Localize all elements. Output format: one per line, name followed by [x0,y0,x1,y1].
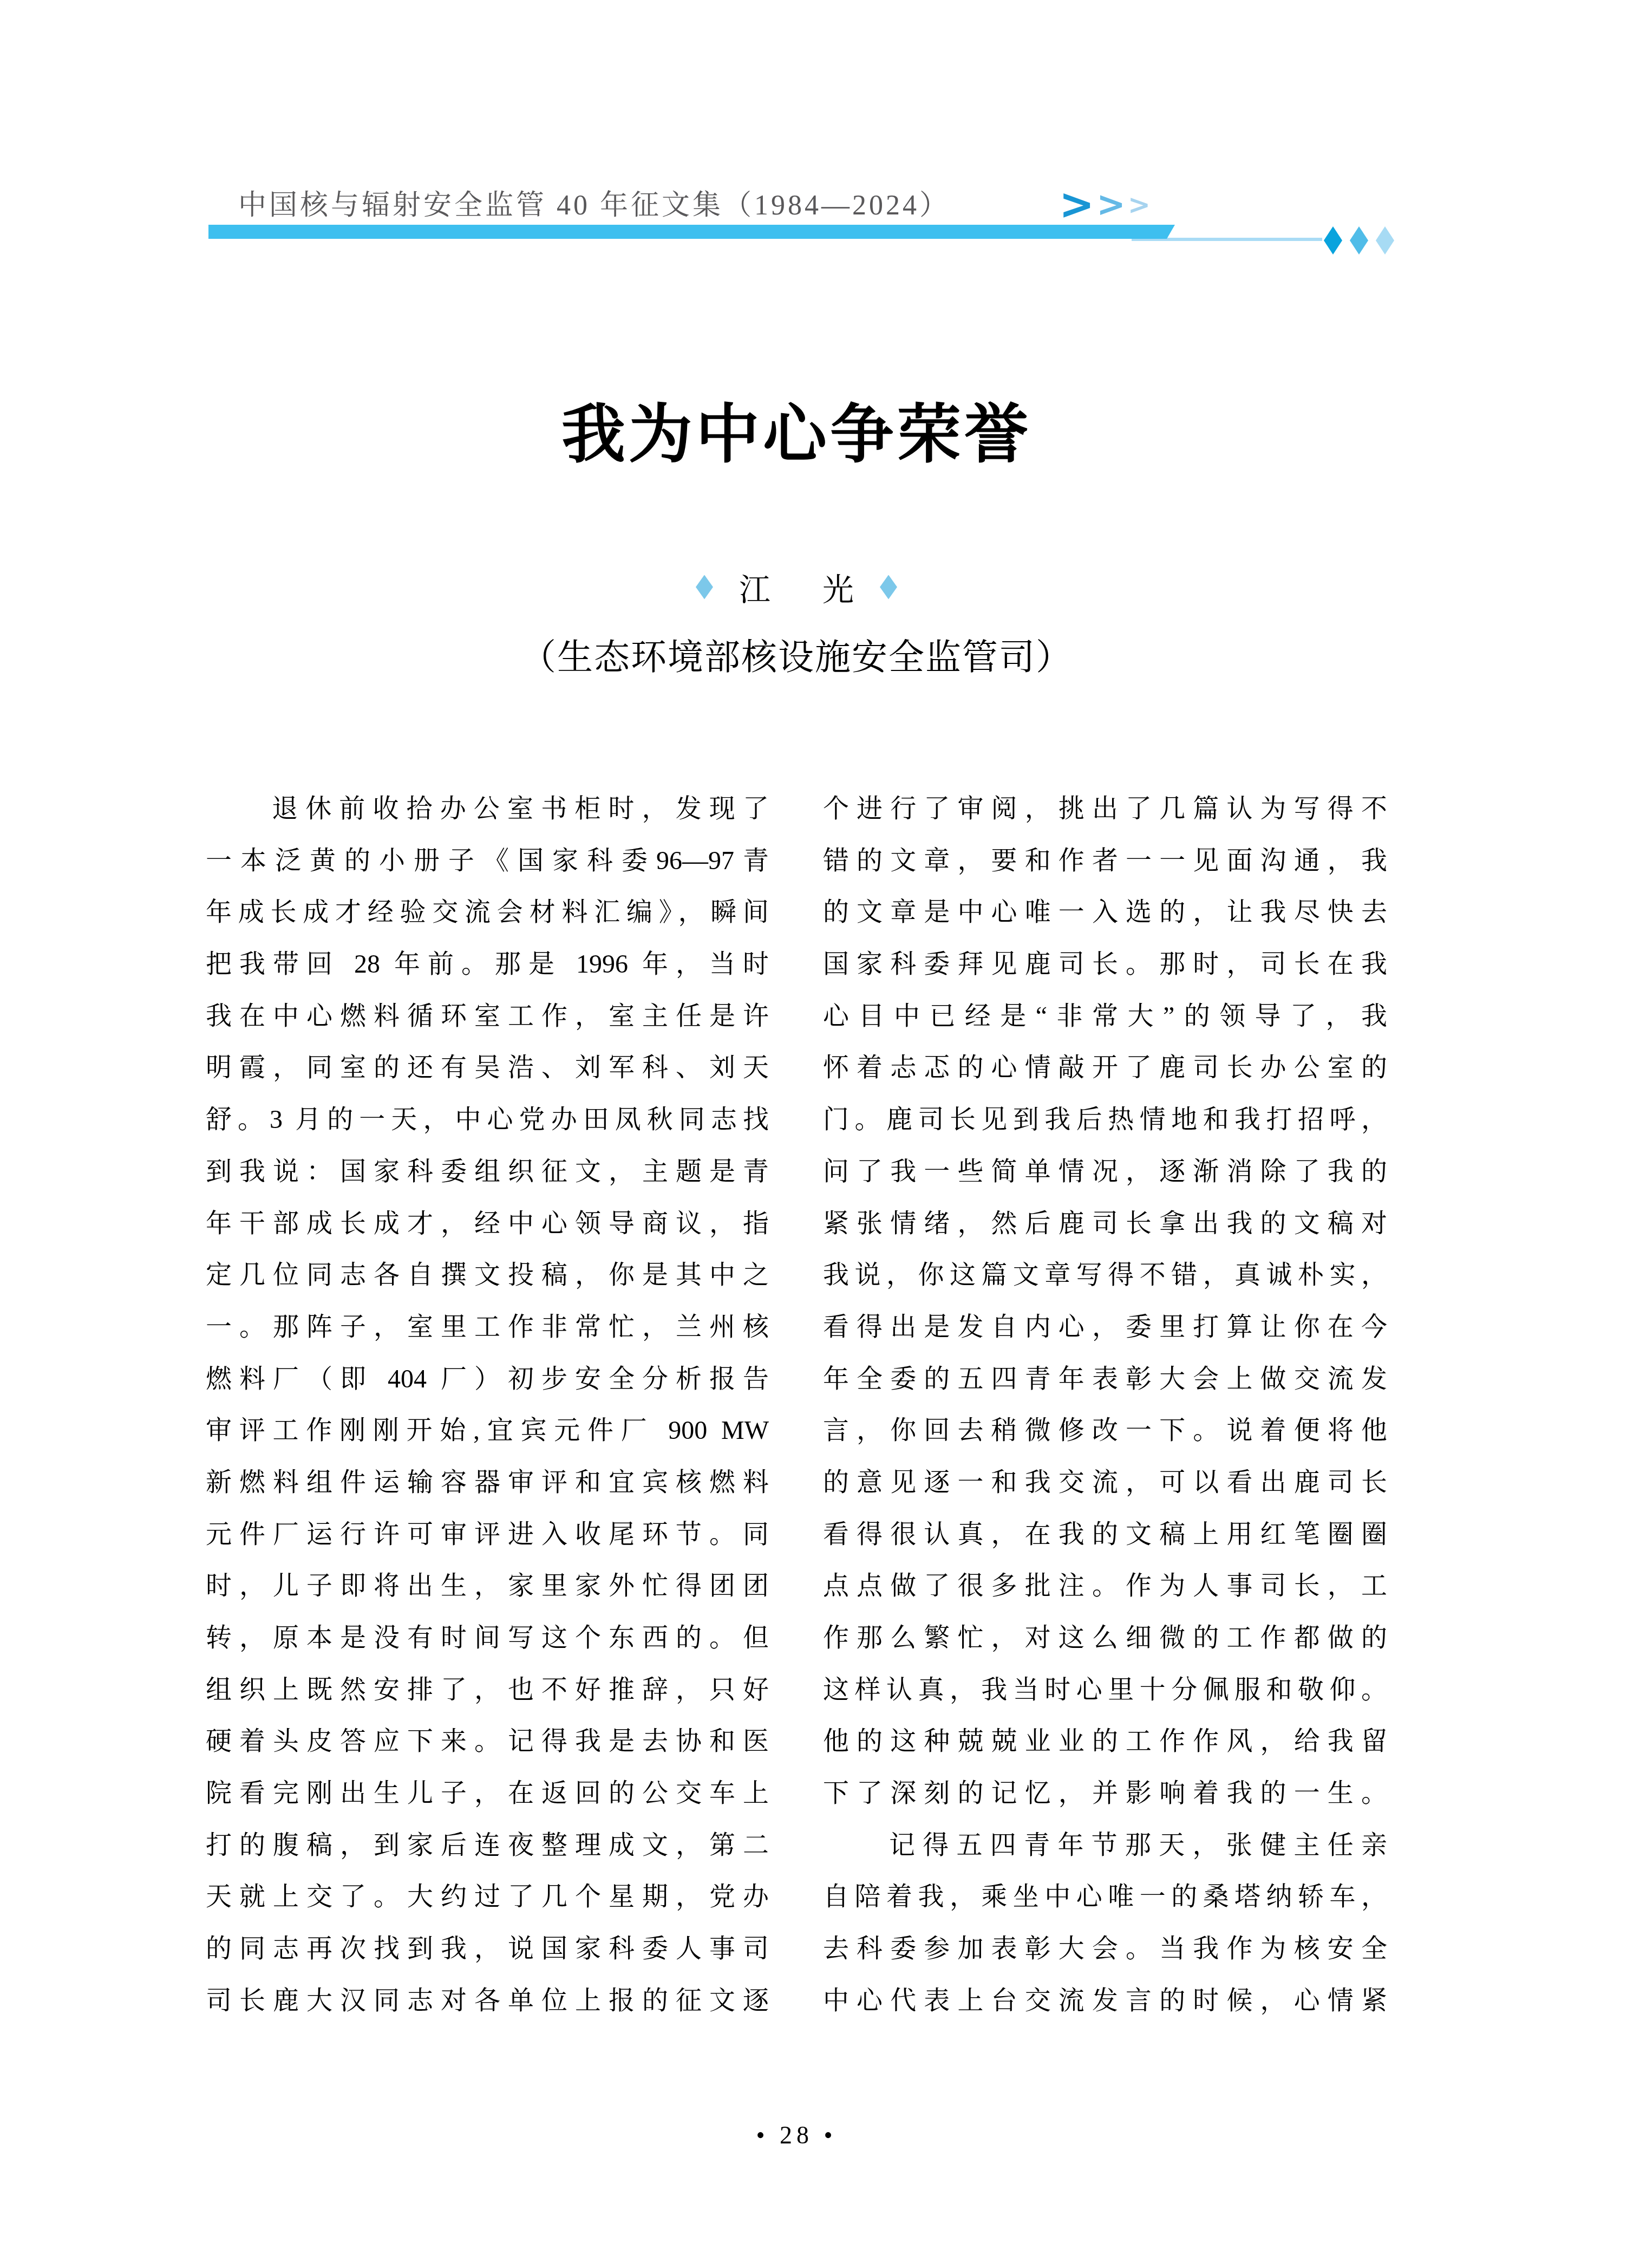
chevron-right-icon: > [1059,184,1094,226]
author-diamond-icon [880,575,897,599]
author-row: 江 光 [206,568,1387,607]
book-page: 中国核与辐射安全监管 40 年征文集（1984—2024） > > > 我为中心… [0,0,1627,2268]
body-text-line: 这样认真，我当时心里十分佩服和敬仰。 [823,1664,1387,1716]
body-text-line: 作那么繁忙，对这么细微的工作都做的 [823,1612,1387,1664]
body-text-line: 看得很认真，在我的文稿上用红笔圈圈 [823,1509,1387,1561]
chevrons-icon: > > > [1059,179,1151,231]
body-text-line: 明霞，同室的还有吴浩、刘军科、刘天 [206,1042,769,1094]
page-number: • 28 • [206,2121,1387,2149]
body-text-line: 错的文章，要和作者一一见面沟通，我 [823,835,1387,887]
body-column-left: 退休前收拾办公室书柜时，发现了一本泛黄的小册子《国家科委96—97青年成长成才经… [206,783,769,2027]
body-column-right: 个进行了审阅，挑出了几篇认为写得不错的文章，要和作者一一见面沟通，我的文章是中心… [823,783,1387,2027]
body-text-line: 中心代表上台交流发言的时候，心情紧 [823,1975,1387,2027]
header-diamonds [1324,226,1394,255]
header-accent-bar [208,225,1175,239]
body-text-line: 记得五四青年节那天，张健主任亲 [823,1820,1387,1872]
body-text-line: 一本泛黄的小册子《国家科委96—97青 [206,835,769,887]
body-text-line: 怀着忐忑的心情敲开了鹿司长办公室的 [823,1042,1387,1094]
body-text-line: 舒。3 月的一天，中心党办田凤秋同志找 [206,1094,769,1146]
body-text-line: 到我说：国家科委组织征文，主题是青 [206,1146,769,1198]
body-text-line: 硬着头皮答应下来。记得我是去协和医 [206,1716,769,1768]
running-head-title: 中国核与辐射安全监管 40 年征文集（1984—2024） [238,182,950,223]
body-text-line: 时，儿子即将出生，家里家外忙得团团 [206,1560,769,1612]
body-text-line: 去科委参加表彰大会。当我作为核安全 [823,1923,1387,1975]
body-text-line: 年全委的五四青年表彰大会上做交流发 [823,1353,1387,1405]
body-text-line: 点点做了很多批注。作为人事司长，工 [823,1560,1387,1612]
author-affiliation: （生态环境部核设施安全监管司） [206,628,1387,680]
body-text-line: 问了我一些简单情况，逐渐消除了我的 [823,1146,1387,1198]
body-text-line: 定几位同志各自撰文投稿，你是其中之 [206,1249,769,1301]
body-text-line: 个进行了审阅，挑出了几篇认为写得不 [823,783,1387,835]
chevron-right-icon: > [1128,191,1151,218]
body-text-line: 把我带回 28 年前。那是 1996 年，当时 [206,939,769,990]
body-text-line: 国家科委拜见鹿司长。那时，司长在我 [823,939,1387,990]
body-text-line: 新燃料组件运输容器审评和宜宾核燃料 [206,1457,769,1509]
body-text-line: 我在中心燃料循环室工作，室主任是许 [206,990,769,1042]
body-text-line: 天就上交了。大约过了几个星期，党办 [206,1871,769,1923]
body-text-line: 门。鹿司长见到我后热情地和我打招呼， [823,1094,1387,1146]
body-text-line: 年干部成长成才，经中心领导商议，指 [206,1198,769,1250]
diamond-icon-dark [1324,226,1342,255]
chevron-right-icon: > [1096,187,1126,222]
diamond-icon-mid [1350,226,1368,255]
body-text-line: 审评工作刚刚开始,宜宾元件厂 900 MW [206,1405,769,1457]
body-text-line: 的意见逐一和我交流，可以看出鹿司长 [823,1457,1387,1509]
body-text-line: 退休前收拾办公室书柜时，发现了 [206,783,769,835]
body-text-line: 紧张情绪，然后鹿司长拿出我的文稿对 [823,1198,1387,1250]
body-text-line: 一。那阵子，室里工作非常忙，兰州核 [206,1301,769,1353]
article-title: 我为中心争荣誉 [206,400,1387,471]
body-text-line: 元件厂运行许可审评进入收尾环节。同 [206,1509,769,1561]
body-text-line: 燃料厂（即 404 厂）初步安全分析报告 [206,1353,769,1405]
body-text-line: 言，你回去稍微修改一下。说着便将他 [823,1405,1387,1457]
body-text-line: 他的这种兢兢业业的工作作风，给我留 [823,1716,1387,1768]
body-text-line: 打的腹稿，到家后连夜整理成文，第二 [206,1820,769,1872]
body-text-line: 司长鹿大汉同志对各单位上报的征文逐 [206,1975,769,2027]
author-diamond-icon [696,575,713,599]
body-text-line: 组织上既然安排了，也不好推辞，只好 [206,1664,769,1716]
body-text-line: 我说，你这篇文章写得不错，真诚朴实， [823,1249,1387,1301]
body-text-line: 下了深刻的记忆，并影响着我的一生。 [823,1768,1387,1820]
author-name: 江 光 [739,564,864,610]
body-text-line: 心目中已经是“非常大”的领导了，我 [823,990,1387,1042]
body-text-line: 看得出是发自内心，委里打算让你在今 [823,1301,1387,1353]
diamond-icon-light [1376,226,1394,255]
body-text-line: 的文章是中心唯一入选的，让我尽快去 [823,887,1387,939]
body-text-line: 转，原本是没有时间写这个东西的。但 [206,1612,769,1664]
body-text-line: 年成长成才经验交流会材料汇编》，瞬间 [206,887,769,939]
body-text-line: 的同志再次找到我，说国家科委人事司 [206,1923,769,1975]
body-text-line: 自陪着我，乘坐中心唯一的桑塔纳轿车， [823,1871,1387,1923]
body-text-line: 院看完刚出生儿子，在返回的公交车上 [206,1768,769,1820]
